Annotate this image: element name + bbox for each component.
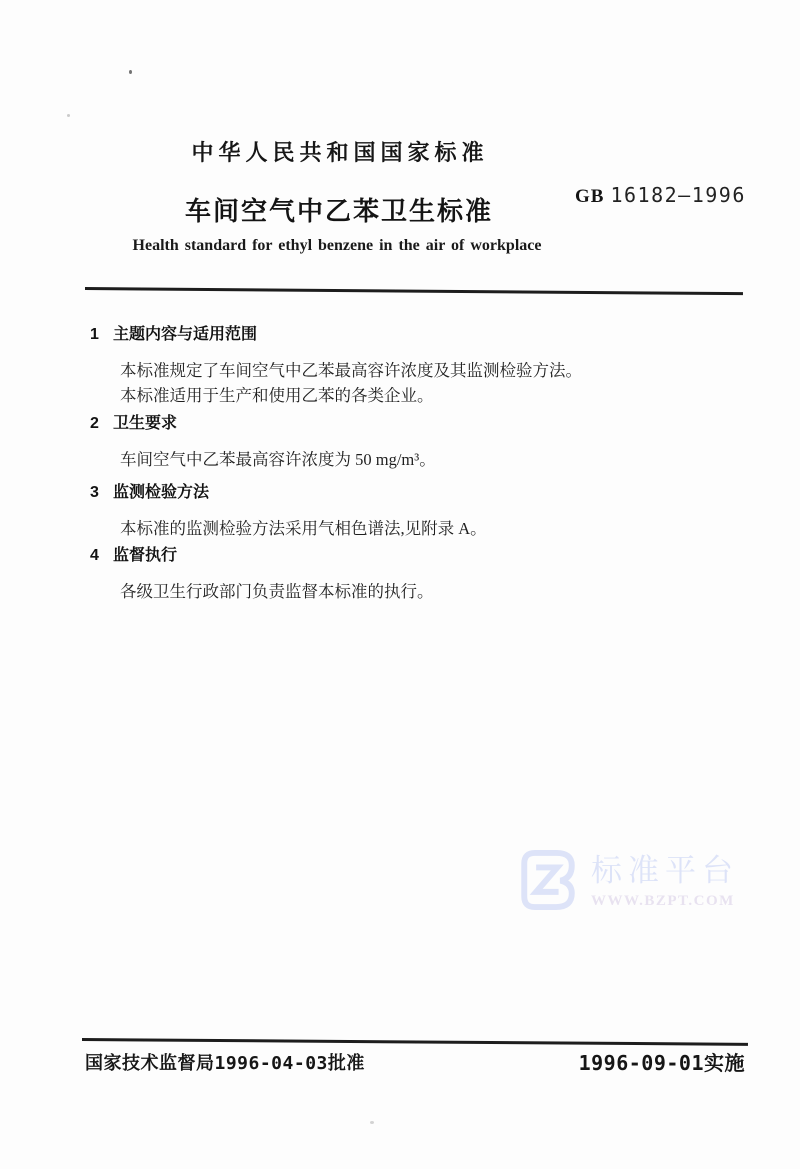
- section-paragraph: 本标准规定了车间空气中乙苯最高容许浓度及其监测检验方法。: [120, 358, 725, 383]
- watermark-site-name: 标准平台: [591, 854, 739, 888]
- scan-speck: [370, 1121, 374, 1124]
- section-title: 卫生要求: [113, 415, 177, 432]
- section-paragraph: 本标准的监测检验方法采用气相色谱法,见附录 A。: [120, 516, 725, 541]
- watermark-site-url: WWW.BZPT.COM: [591, 893, 739, 910]
- section-paragraph: 车间空气中乙苯最高容许浓度为 50 mg/m³。: [120, 447, 725, 472]
- section-number: 2: [90, 414, 100, 434]
- section-number: 4: [90, 546, 100, 566]
- document-title-en: Health standard for ethyl benzene in the…: [133, 237, 542, 255]
- section-title: 主题内容与适用范围: [113, 326, 257, 343]
- section-number: 1: [90, 325, 100, 345]
- footer-divider-rule: [82, 1038, 748, 1045]
- section-heading: 4监督执行: [90, 546, 725, 566]
- section-heading: 3监测检验方法: [90, 483, 725, 503]
- section-paragraph: 各级卫生行政部门负责监督本标准的执行。: [120, 579, 725, 604]
- section-heading: 2卫生要求: [90, 414, 725, 434]
- scan-speck: [67, 114, 70, 117]
- watermark: 标准平台 WWW.BZPT.COM: [517, 846, 739, 914]
- section-supervision: 4监督执行 各级卫生行政部门负责监督本标准的执行。: [90, 546, 725, 604]
- document-page: 中华人民共和国国家标准 GB16182—1996 车间空气中乙苯卫生标准 Hea…: [0, 0, 800, 1169]
- standard-code: GB16182—1996: [575, 183, 746, 208]
- section-scope: 1主题内容与适用范围 本标准规定了车间空气中乙苯最高容许浓度及其监测检验方法。 …: [90, 325, 725, 408]
- section-number: 3: [90, 483, 100, 503]
- standard-code-prefix: GB: [575, 186, 604, 207]
- standard-code-number: 16182—1996: [610, 183, 745, 207]
- watermark-text: 标准平台 WWW.BZPT.COM: [591, 846, 739, 910]
- effective-date-note: 1996-09-01实施: [579, 1047, 745, 1076]
- approval-note: 国家技术监督局1996-04-03批准: [85, 1049, 365, 1075]
- section-title: 监测检验方法: [113, 484, 209, 501]
- section-paragraph: 本标准适用于生产和使用乙苯的各类企业。: [120, 383, 725, 408]
- header-divider-rule: [85, 287, 743, 295]
- section-heading: 1主题内容与适用范围: [90, 325, 725, 345]
- section-monitoring-method: 3监测检验方法 本标准的监测检验方法采用气相色谱法,见附录 A。: [90, 483, 725, 541]
- bzpt-logo-icon: [517, 846, 583, 914]
- section-hygiene-requirement: 2卫生要求 车间空气中乙苯最高容许浓度为 50 mg/m³。: [90, 414, 725, 472]
- section-title: 监督执行: [113, 547, 177, 564]
- standard-type-title: 中华人民共和国国家标准: [191, 136, 488, 167]
- scan-speck: [129, 70, 132, 74]
- document-title-zh: 车间空气中乙苯卫生标准: [185, 191, 493, 228]
